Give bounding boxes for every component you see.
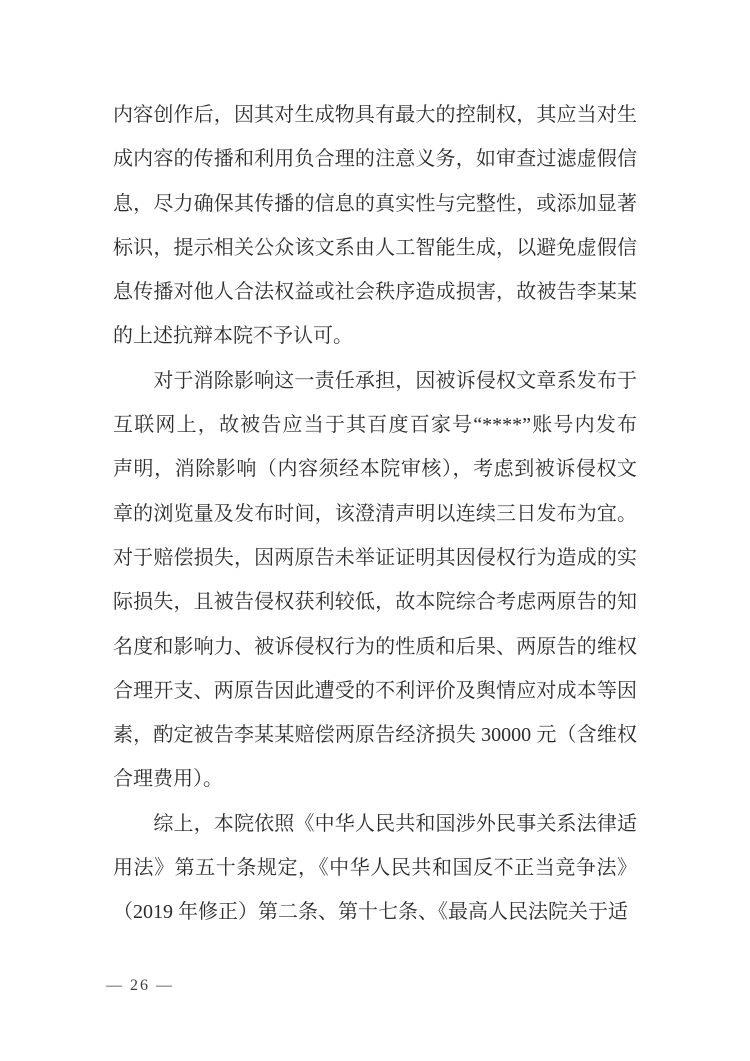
text-line-p2-l3: 声明，消除影响（内容须经本院审核），考虑到被诉侵权文 [113, 447, 637, 491]
text-line-p2-l9: 素，酌定被告李某某赔偿两原告经济损失 30000 元（含维权 [113, 713, 637, 757]
text-line-p2-l4: 章的浏览量及发布时间，该澄清声明以连续三日发布为宜。 [113, 492, 637, 536]
text-line-p2-l6: 际损失，且被告侵权获利较低，故本院综合考虑两原告的知 [113, 580, 637, 624]
text-line-p1-l1: 内容创作后，因其对生成物具有最大的控制权，其应当对生 [113, 93, 637, 137]
text-line-p2-l8: 合理开支、两原告因此遭受的不利评价及舆情应对成本等因 [113, 669, 637, 713]
text-line-p2-l7: 名度和影响力、被诉侵权行为的性质和后果、两原告的维权 [113, 625, 637, 669]
judgment-body-text: 内容创作后，因其对生成物具有最大的控制权，其应当对生成内容的传播和利用负合理的注… [113, 93, 637, 935]
document-page: 内容创作后，因其对生成物具有最大的控制权，其应当对生成内容的传播和利用负合理的注… [0, 0, 750, 1061]
text-line-p3-l2: 用法》第五十条规定，《中华人民共和国反不正当竞争法》 [113, 846, 637, 890]
text-line-p1-l5: 息传播对他人合法权益或社会秩序造成损害，故被告李某某 [113, 270, 637, 314]
text-line-p1-l2: 成内容的传播和利用负合理的注意义务，如审查过滤虚假信 [113, 137, 637, 181]
text-line-p2-l10: 合理费用）。 [113, 757, 637, 801]
text-line-p3-l3: （2019 年修正）第二条、第十七条、《最高人民法院关于适 [113, 890, 637, 934]
text-line-p1-l6: 的上述抗辩本院不予认可。 [113, 314, 637, 358]
text-line-p2-l5: 对于赔偿损失，因两原告未举证证明其因侵权行为造成的实 [113, 536, 637, 580]
text-line-p1-l4: 标识，提示相关公众该文系由人工智能生成，以避免虚假信 [113, 226, 637, 270]
text-line-p2-l1: 对于消除影响这一责任承担，因被诉侵权文章系发布于 [113, 359, 637, 403]
text-line-p2-l2: 互联网上，故被告应当于其百度百家号“****”账号内发布 [113, 403, 637, 447]
page-number: — 26 — [106, 976, 174, 996]
text-line-p3-l1: 综上，本院依照《中华人民共和国涉外民事关系法律适 [113, 802, 637, 846]
text-line-p1-l3: 息，尽力确保其传播的信息的真实性与完整性，或添加显著 [113, 182, 637, 226]
